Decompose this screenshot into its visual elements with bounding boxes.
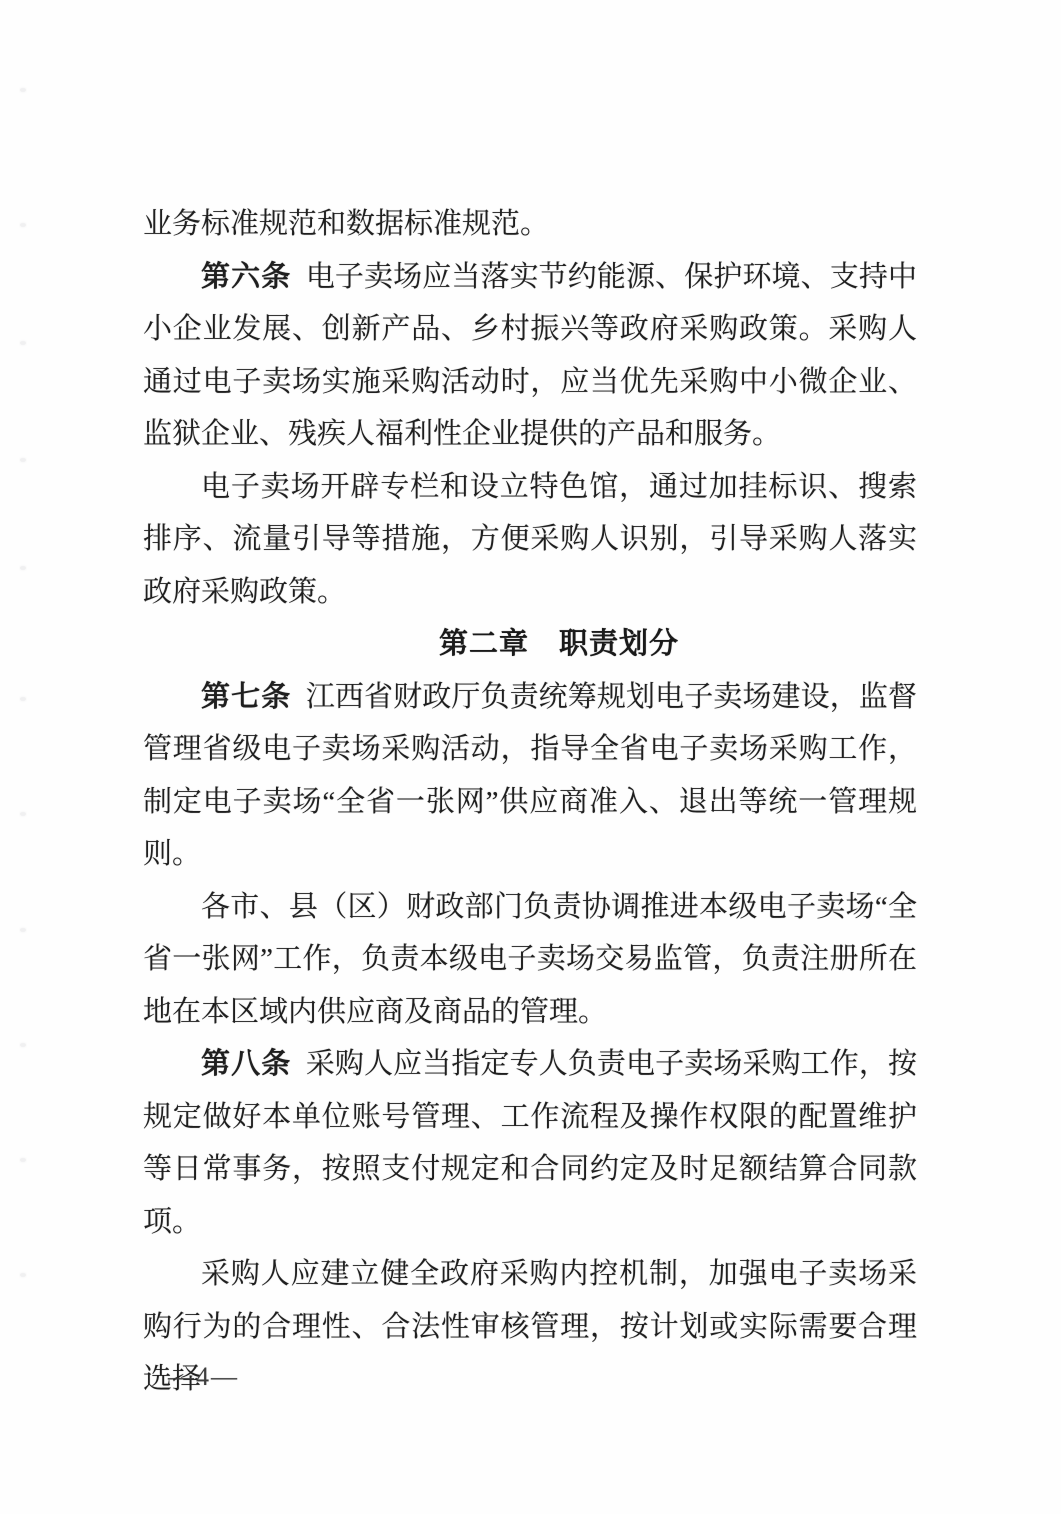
document-body: 业务标准规范和数据标准规范。 第六条电子卖场应当落实节约能源、保护环境、支持中小… <box>143 198 917 1406</box>
scan-speck <box>20 697 26 701</box>
scan-speck <box>20 812 26 816</box>
scan-speck <box>20 223 26 227</box>
article-number: 第七条 <box>201 681 291 713</box>
paragraph-continuation: 业务标准规范和数据标准规范。 <box>143 198 917 251</box>
paragraph-article-6: 第六条电子卖场应当落实节约能源、保护环境、支持中小企业发展、创新产品、乡村振兴等… <box>143 251 917 461</box>
paragraph: 电子卖场开辟专栏和设立特色馆，通过加挂标识、搜索排序、流量引导等措施，方便采购人… <box>143 461 917 619</box>
paragraph-text: 业务标准规范和数据标准规范。 <box>143 208 549 240</box>
page-number: —4— <box>168 1362 239 1392</box>
paragraph: 各市、县（区）财政部门负责协调推进本级电子卖场“全省一张网”工作，负责本级电子卖… <box>143 881 917 1039</box>
scan-speck <box>20 88 26 92</box>
article-number: 第八条 <box>201 1048 291 1080</box>
paragraph-article-8: 第八条采购人应当指定专人负责电子卖场采购工作，按规定做好本单位账号管理、工作流程… <box>143 1038 917 1248</box>
paragraph-text: 各市、县（区）财政部门负责协调推进本级电子卖场“全省一张网”工作，负责本级电子卖… <box>143 891 917 1028</box>
paragraph-text: 电子卖场开辟专栏和设立特色馆，通过加挂标识、搜索排序、流量引导等措施，方便采购人… <box>143 471 917 608</box>
scan-speck <box>20 566 26 570</box>
document-page: 业务标准规范和数据标准规范。 第六条电子卖场应当落实节约能源、保护环境、支持中小… <box>0 0 1061 1514</box>
scan-speck <box>20 1158 26 1162</box>
chapter-heading: 第二章 职责划分 <box>143 618 917 671</box>
paragraph-text: 采购人应建立健全政府采购内控机制，加强电子卖场采购行为的合理性、合法性审核管理，… <box>143 1258 917 1395</box>
scan-speck <box>20 341 26 345</box>
scan-speck <box>20 1043 26 1047</box>
scan-speck <box>20 1273 26 1277</box>
paragraph-article-7: 第七条江西省财政厅负责统筹规划电子卖场建设，监督管理省级电子卖场采购活动，指导全… <box>143 671 917 881</box>
article-number: 第六条 <box>201 261 291 293</box>
paragraph: 采购人应建立健全政府采购内控机制，加强电子卖场采购行为的合理性、合法性审核管理，… <box>143 1248 917 1406</box>
scan-speck <box>20 928 26 932</box>
scan-speck <box>20 458 26 462</box>
